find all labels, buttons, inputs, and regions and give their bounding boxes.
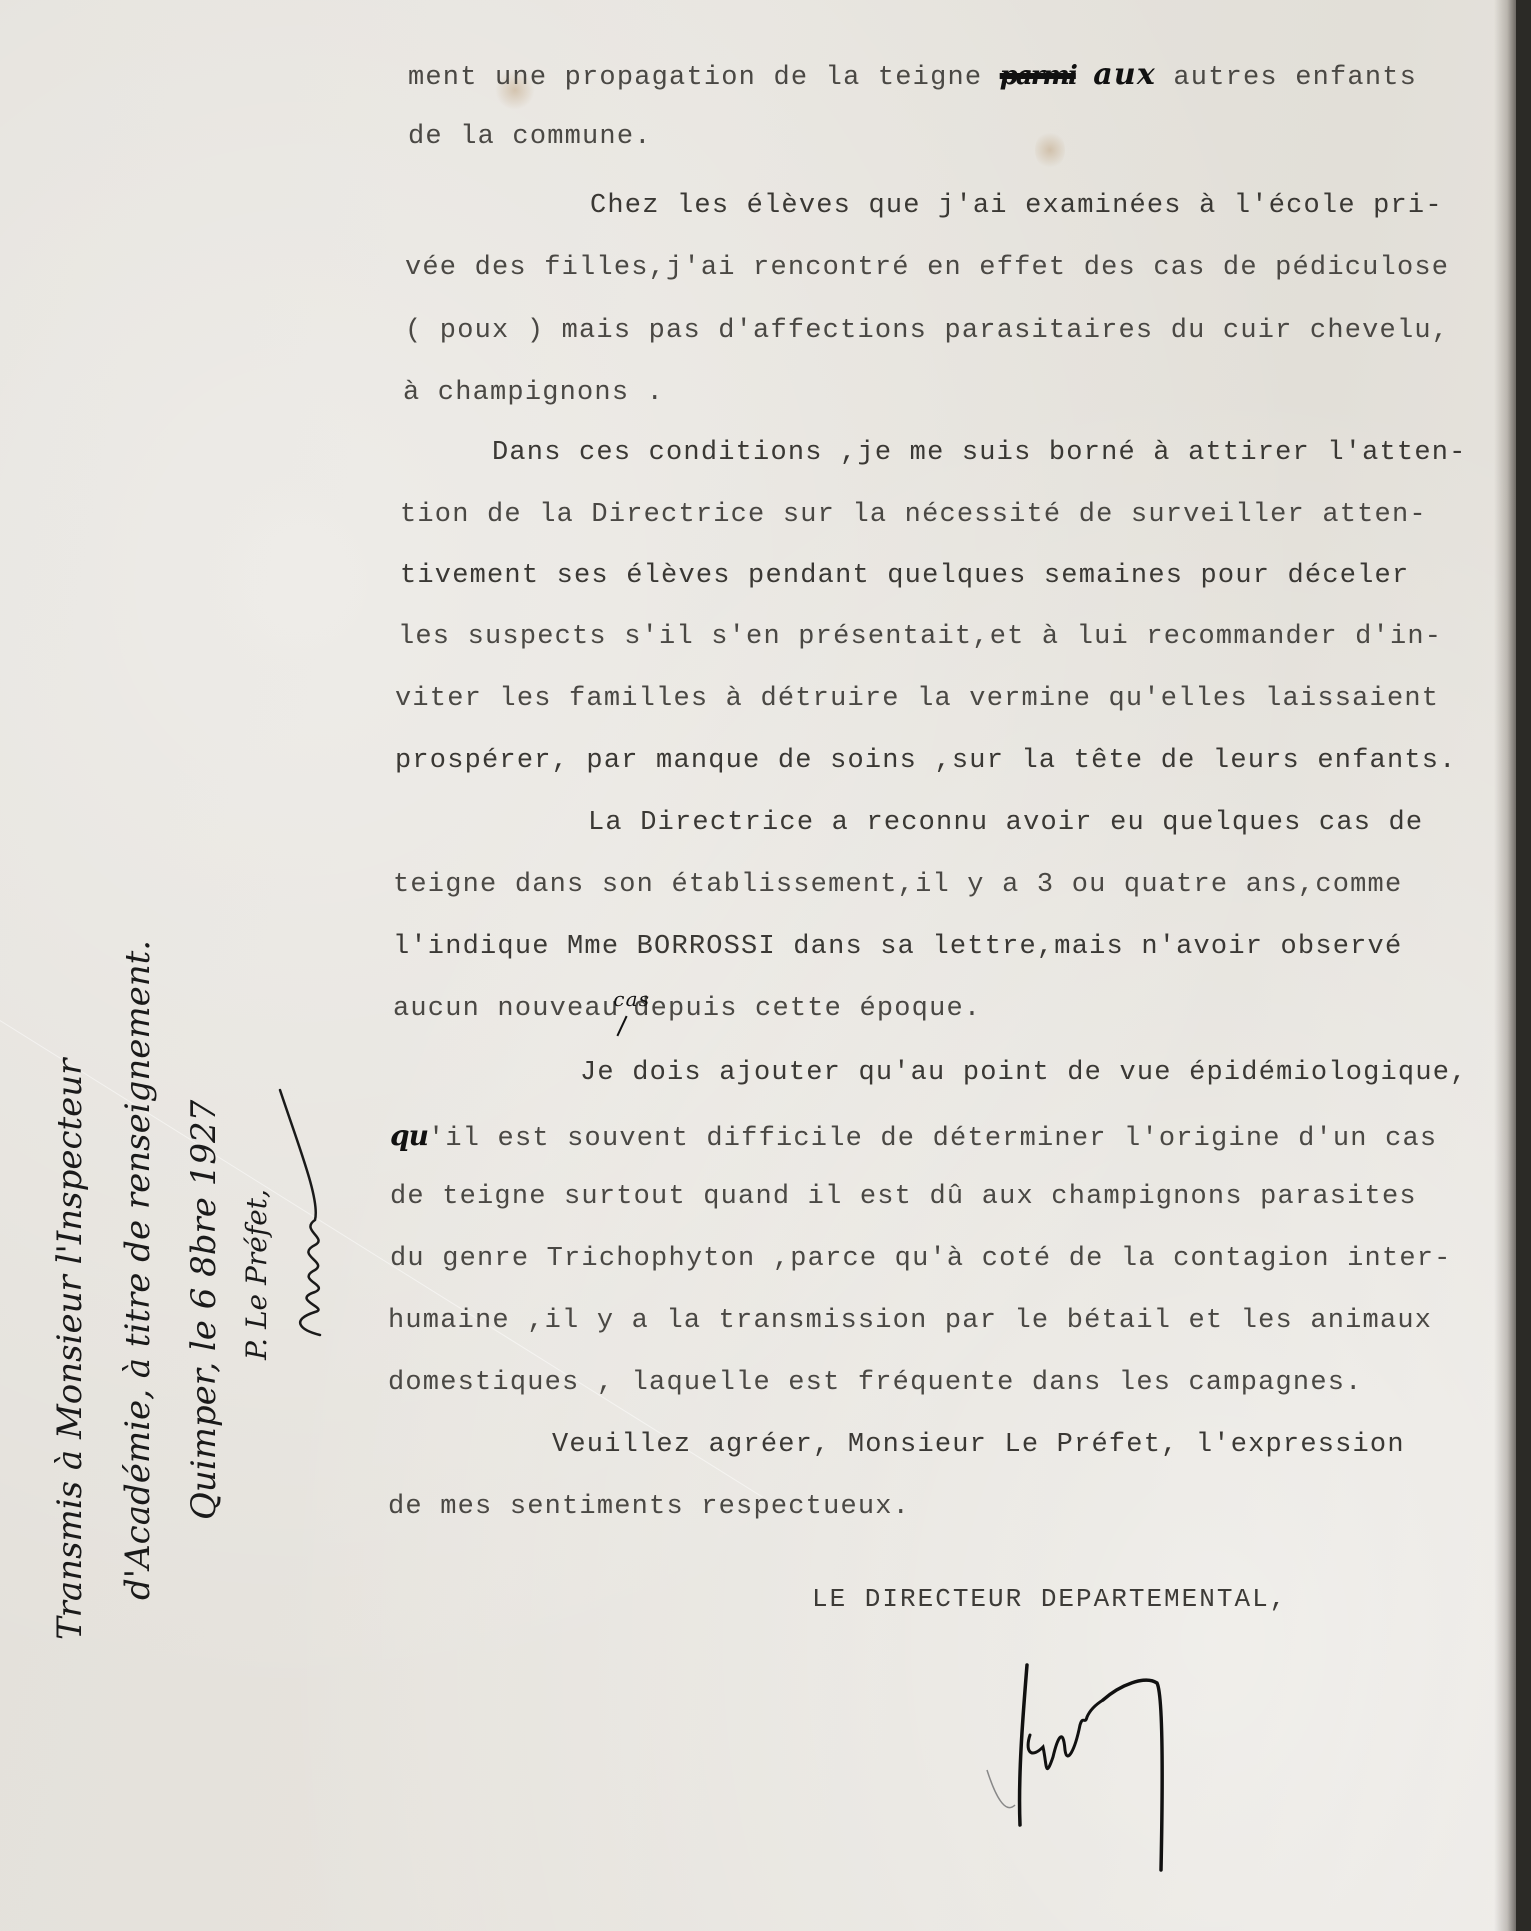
body-line-6: à champignons . [403,380,664,407]
prefect-signature [260,1080,350,1340]
body-line-5: ( poux ) mais pas d'affections parasitai… [405,318,1449,345]
body-line-8: tion de la Directrice sur la nécessité d… [400,502,1427,529]
margin-note-line-1: Transmis à Monsieur l'Inspecteur [50,1059,90,1640]
body-line-20: du genre Trichophyton ,parce qu'à coté d… [390,1246,1452,1273]
body-line-11: viter les familles à détruire la vermine… [395,686,1439,713]
paper-stain [1035,130,1065,170]
body-line-19: de teigne surtout quand il est dû aux ch… [390,1184,1417,1211]
body-line-3: Chez les élèves que j'ai examinées à l'é… [590,193,1443,220]
body-line-12: prospérer, par manque de soins ,sur la t… [395,748,1457,775]
struck-out-word: parmi [1000,63,1076,89]
body-line-2: de la commune. [408,124,652,151]
body-line-24: de mes sentiments respectueux. [388,1494,910,1521]
body-line-17: Je dois ajouter qu'au point de vue épidé… [580,1060,1468,1087]
body-line-15: l'indique Mme BORROSSI dans sa lettre,ma… [393,934,1402,961]
body-line-23: Veuillez agréer, Monsieur Le Préfet, l'e… [552,1432,1405,1459]
body-line-21: humaine ,il y a la transmission par le b… [388,1308,1432,1335]
closing-title: LE DIRECTEUR DEPARTEMENTAL, [812,1584,1287,1614]
body-line-1: ment une propagation de la teigne parmi … [408,60,1417,92]
director-signature [985,1655,1225,1915]
body-line-22: domestiques , laquelle est fréquente dan… [388,1370,1363,1397]
typed-text: autres enfants [1156,63,1417,93]
body-line-4: vée des filles,j'ai rencontré en effet d… [405,255,1449,282]
handwritten-insert: cas [613,989,650,1009]
body-line-10: les suspects s'il s'en présentait,et à l… [398,624,1442,651]
body-line-16: aucun nouveaucasdepuis cette époque. [393,996,981,1023]
typed-text: depuis cette époque. [633,994,981,1024]
body-line-9: tivement ses élèves pendant quelques sem… [400,563,1409,590]
margin-note-line-2: d'Académie, à titre de renseignement. [118,940,158,1600]
typed-text: ment une propagation de la teigne [408,63,1000,93]
page-edge-shadow [1494,0,1516,1931]
handwritten-prefix: qu [390,1119,428,1152]
margin-note-line-3: Quimper, le 6 8bre 1927 [184,1100,224,1520]
body-line-18: qu'il est souvent difficile de détermine… [390,1122,1437,1153]
body-line-13: La Directrice a reconnu avoir eu quelque… [588,810,1423,837]
typed-text: aucun nouveau [393,994,619,1024]
typed-text: 'il est souvent difficile de déterminer … [428,1124,1437,1154]
body-line-14: teigne dans son établissement,il y a 3 o… [393,872,1402,899]
handwritten-insert: aux [1093,57,1156,92]
body-line-7: Dans ces conditions ,je me suis borné à … [492,440,1467,467]
letter-page: ment une propagation de la teigne parmi … [0,0,1516,1931]
